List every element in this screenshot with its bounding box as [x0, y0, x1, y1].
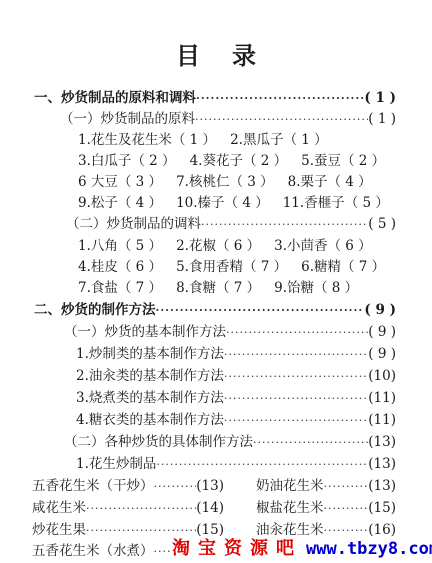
toc-label: 1.花生炒制品 — [76, 454, 156, 474]
leader-dots — [196, 89, 364, 109]
leader-dots — [224, 367, 368, 387]
toc-page: ( 9 ) — [368, 322, 396, 342]
toc-page: ( 9 ) — [364, 300, 396, 320]
toc-label: 五香花生米（水煮） — [32, 541, 154, 561]
leader-dots — [154, 477, 197, 497]
toc-entry-s2-1-1[interactable]: 1.炒制类的基本制作方法 ( 9 ) — [76, 344, 396, 364]
toc-season-row-3: 7.食盐（ 7 ）8.食糖（ 7 ）9.饴糖（ 8 ） — [78, 278, 372, 298]
toc-label: 奶油花生米 — [256, 476, 324, 496]
toc-item[interactable]: 10.榛子（ 4 ） — [176, 195, 269, 211]
toc-peanut-left-3[interactable]: 炒花生果 (15) — [32, 520, 224, 540]
toc-page: ( 1 ) — [364, 88, 396, 108]
leader-dots — [156, 301, 365, 321]
toc-item[interactable]: 3.小茴香（ 6 ） — [274, 238, 372, 254]
toc-label: （一）炒货制品的原料 — [60, 109, 195, 129]
leader-dots — [253, 433, 368, 453]
toc-page: (16) — [368, 520, 396, 540]
toc-label: （二）各种炒货的具体制作方法 — [64, 432, 253, 452]
toc-page: (11) — [368, 410, 396, 430]
leader-dots — [226, 323, 368, 343]
toc-entry-s2-2-1[interactable]: 1.花生炒制品 (13) — [76, 454, 396, 474]
toc-label: （一）炒货的基本制作方法 — [64, 322, 226, 342]
leader-dots — [324, 477, 369, 497]
toc-season-row-2: 4.桂皮（ 6 ）5.食用香精（ 7 ）6.糖精（ 7 ） — [78, 257, 399, 277]
toc-entry-s2-1-3[interactable]: 3.烧煮类的基本制作方法 (11) — [76, 388, 396, 408]
toc-entry-s2-1-4[interactable]: 4.糖衣类的基本制作方法 (11) — [76, 410, 396, 430]
leader-dots — [224, 345, 368, 365]
toc-entry-s1-2[interactable]: （二）炒货制品的调料 ( 5 ) — [66, 214, 396, 234]
toc-item[interactable]: 9.饴糖（ 8 ） — [274, 280, 358, 296]
toc-label: 炒花生果 — [32, 520, 86, 540]
toc-item[interactable]: 8.食糖（ 7 ） — [176, 280, 260, 296]
toc-item[interactable]: 1.花生及花生米（ 1 ） — [78, 132, 216, 148]
toc-entry-s2-1-2[interactable]: 2.油汆类的基本制作方法 (10) — [76, 366, 396, 386]
watermark-site-name: 淘宝资源吧 — [172, 538, 302, 559]
leader-dots — [201, 215, 368, 235]
leader-dots — [156, 455, 368, 475]
toc-item[interactable]: 4.桂皮（ 6 ） — [78, 259, 162, 275]
toc-peanut-right-3[interactable]: 油汆花生米 (16) — [256, 520, 396, 540]
toc-item[interactable]: 3.白瓜子（ 2 ） — [78, 153, 176, 169]
toc-label: 油汆花生米 — [256, 520, 324, 540]
toc-peanut-right-2[interactable]: 椒盐花生米 (15) — [256, 498, 396, 518]
leader-dots — [154, 542, 173, 562]
page-title: 目录 — [0, 36, 432, 71]
toc-item[interactable]: 2.黑瓜子（ 1 ） — [230, 132, 328, 148]
toc-item[interactable]: 8.栗子（ 4 ） — [288, 174, 372, 190]
toc-label: 一、炒货制品的原料和调料 — [34, 88, 196, 108]
watermark: 淘宝资源吧www.tbzy8.com — [172, 538, 432, 560]
leader-dots — [324, 499, 369, 519]
toc-entry-s2-2[interactable]: （二）各种炒货的具体制作方法 (13) — [64, 432, 396, 452]
toc-item[interactable]: 7.食盐（ 7 ） — [78, 280, 162, 296]
leader-dots — [86, 499, 196, 519]
toc-item[interactable]: 1.八角（ 5 ） — [78, 238, 162, 254]
toc-item[interactable]: 5.食用香精（ 7 ） — [176, 259, 287, 275]
toc-label: 1.炒制类的基本制作方法 — [76, 344, 224, 364]
toc-item[interactable]: 7.核桃仁（ 3 ） — [176, 174, 274, 190]
toc-item[interactable]: 6 大豆（ 3 ） — [78, 174, 162, 190]
toc-raw-row-3: 6 大豆（ 3 ）7.核桃仁（ 3 ）8.栗子（ 4 ） — [78, 172, 386, 192]
toc-page: ( 5 ) — [368, 214, 396, 234]
toc-page: ( 1 ) — [368, 109, 396, 129]
toc-item[interactable]: 5.蚕豆（ 2 ） — [301, 153, 385, 169]
toc-peanut-right-1[interactable]: 奶油花生米 (13) — [256, 476, 396, 496]
toc-label: 3.烧煮类的基本制作方法 — [76, 388, 224, 408]
toc-item[interactable]: 6.糖精（ 7 ） — [301, 259, 385, 275]
toc-raw-row-4: 9.松子（ 4 ）10.榛子（ 4 ）11.香榧子（ 5 ） — [78, 193, 403, 213]
toc-peanut-left-4[interactable]: 五香花生米（水煮） — [32, 541, 172, 561]
toc-page: ( 9 ) — [368, 344, 396, 364]
toc-page: (13) — [368, 432, 396, 452]
toc-page: (14) — [196, 498, 224, 518]
toc-raw-row-1: 1.花生及花生米（ 1 ）2.黑瓜子（ 1 ） — [78, 130, 342, 150]
toc-label: 咸花生米 — [32, 498, 86, 518]
toc-peanut-left-2[interactable]: 咸花生米 (14) — [32, 498, 224, 518]
toc-raw-row-2: 3.白瓜子（ 2 ）4.葵花子（ 2 ）5.蚕豆（ 2 ） — [78, 151, 399, 171]
toc-label: （二）炒货制品的调料 — [66, 214, 201, 234]
toc-item[interactable]: 2.花椒（ 6 ） — [176, 238, 260, 254]
toc-item[interactable]: 9.松子（ 4 ） — [78, 195, 162, 211]
toc-entry-ch1[interactable]: 一、炒货制品的原料和调料 ( 1 ) — [34, 88, 396, 108]
title-char-2: 录 — [232, 36, 256, 71]
toc-page: (13) — [368, 476, 396, 496]
toc-entry-s1-1[interactable]: （一）炒货制品的原料 ( 1 ) — [60, 109, 396, 129]
toc-entry-ch2[interactable]: 二、炒货的制作方法 ( 9 ) — [34, 300, 396, 320]
toc-page: (13) — [368, 454, 396, 474]
toc-season-row-1: 1.八角（ 5 ）2.花椒（ 6 ）3.小茴香（ 6 ） — [78, 236, 386, 256]
toc-label: 二、炒货的制作方法 — [34, 300, 156, 320]
leader-dots — [224, 389, 368, 409]
toc-entry-s2-1[interactable]: （一）炒货的基本制作方法 ( 9 ) — [64, 322, 396, 342]
leader-dots — [195, 110, 368, 130]
toc-label: 4.糖衣类的基本制作方法 — [76, 410, 224, 430]
toc-label: 椒盐花生米 — [256, 498, 324, 518]
toc-label: 五香花生米（干炒） — [32, 476, 154, 496]
toc-page: (13) — [196, 476, 224, 496]
toc-item[interactable]: 11.香榧子（ 5 ） — [283, 195, 389, 211]
title-char-1: 目 — [176, 36, 200, 71]
toc-page: (11) — [368, 388, 396, 408]
toc-item[interactable]: 4.葵花子（ 2 ） — [190, 153, 288, 169]
toc-page: (10) — [368, 366, 396, 386]
toc-peanut-left-1[interactable]: 五香花生米（干炒） (13) — [32, 476, 224, 496]
toc-label: 2.油汆类的基本制作方法 — [76, 366, 224, 386]
leader-dots — [224, 411, 368, 431]
toc-page: (15) — [368, 498, 396, 518]
watermark-url[interactable]: www.tbzy8.com — [306, 539, 432, 559]
toc-page: (15) — [196, 520, 224, 540]
